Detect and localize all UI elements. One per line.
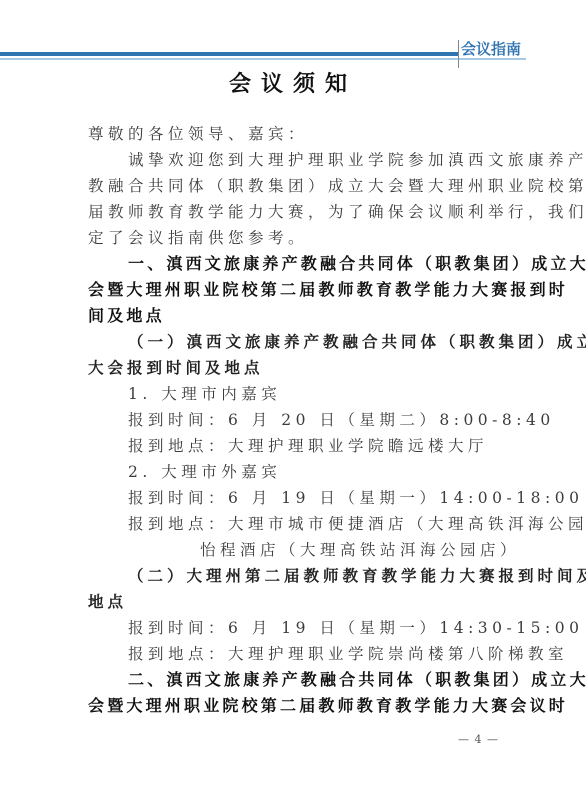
list-item: 报到时间：6 月 19 日（星期一）14:30-15:00 (88, 615, 498, 641)
list-item: 报到地点：大理护理职业学院瞻远楼大厅 (88, 433, 498, 459)
list-item: 报到地点：大理市城市便捷酒店（大理高铁洱海公园店） (88, 511, 498, 537)
header-rule-thick (0, 52, 458, 56)
subsection-2-heading: （二）大理州第二届教师教育教学能力大赛报到时间及 (88, 563, 498, 589)
header-rule-thin (0, 58, 526, 60)
subsection-1-heading: 大会报到时间及地点 (88, 355, 498, 381)
section-1-heading: 间及地点 (88, 303, 498, 329)
intro-line: 教融合共同体（职教集团）成立大会暨大理州职业院校第二 (88, 173, 498, 199)
list-item: 2. 大理市外嘉宾 (88, 459, 498, 485)
list-item: 报到地点：大理护理职业学院崇尚楼第八阶梯教室 (88, 641, 498, 667)
header-label: 会议指南 (461, 40, 521, 58)
subsection-1-heading: （一）滇西文旅康养产教融合共同体（职教集团）成立 (88, 329, 498, 355)
intro-line: 定了会议指南供您参考。 (88, 225, 498, 251)
list-item: 报到时间：6 月 19 日（星期一）14:00-18:00 (88, 485, 498, 511)
header-divider (458, 40, 459, 68)
page-number: — 4 — (458, 733, 499, 746)
intro-line: 诚挚欢迎您到大理护理职业学院参加滇西文旅康养产 (88, 147, 498, 173)
subsection-2-heading: 地点 (88, 589, 498, 615)
page-title: 会议须知 (0, 70, 586, 98)
section-1-heading: 会暨大理州职业院校第二届教师教育教学能力大赛报到时 (88, 277, 498, 303)
list-item: 1. 大理市内嘉宾 (88, 381, 498, 407)
section-2-heading: 二、滇西文旅康养产教融合共同体（职教集团）成立大 (88, 667, 498, 693)
section-2-heading: 会暨大理州职业院校第二届教师教育教学能力大赛会议时 (88, 693, 498, 719)
intro-line: 届教师教育教学能力大赛，为了确保会议顺利举行，我们制 (88, 199, 498, 225)
list-item: 报到时间：6 月 20 日（星期二）8:00-8:40 (88, 407, 498, 433)
document-body: 尊敬的各位领导、嘉宾： 诚挚欢迎您到大理护理职业学院参加滇西文旅康养产 教融合共… (88, 121, 498, 719)
greeting: 尊敬的各位领导、嘉宾： (88, 121, 498, 147)
section-1-heading: 一、滇西文旅康养产教融合共同体（职教集团）成立大 (88, 251, 498, 277)
list-item: 怡程酒店（大理高铁站洱海公园店） (88, 537, 498, 563)
